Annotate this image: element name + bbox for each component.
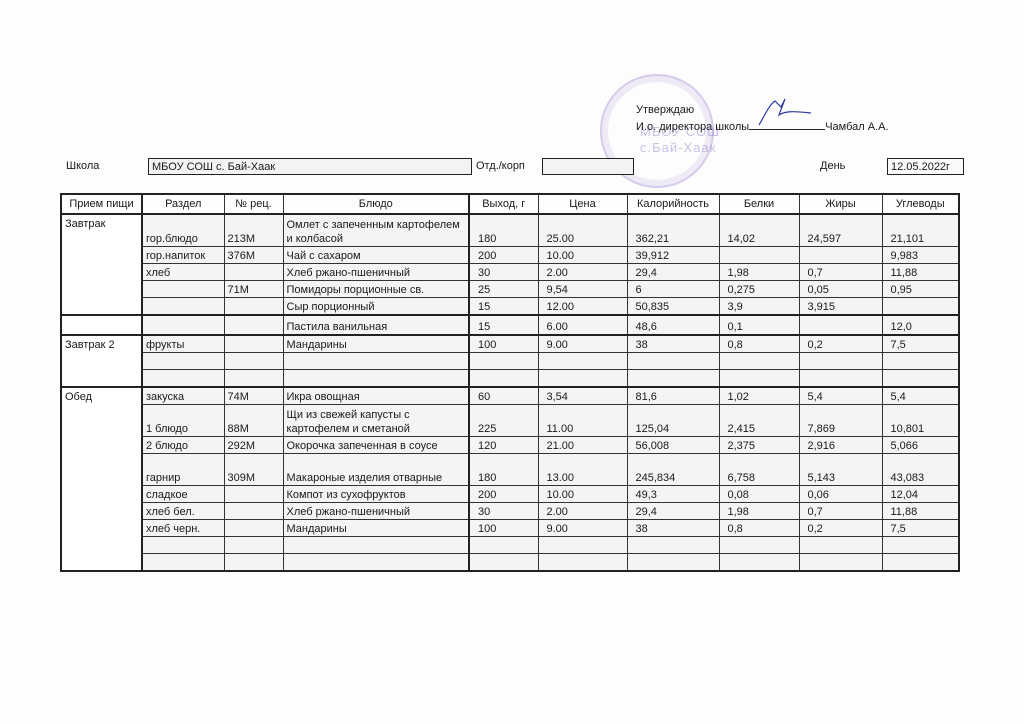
cell-protein: 6,758 [719,453,799,485]
cell-price [538,352,627,369]
cell-yield: 200 [469,246,538,263]
cell-meal: Обед [61,387,142,571]
cell-protein: 2,415 [719,404,799,436]
cell-dish: Икра овощная [283,387,469,405]
cell-section: хлеб [142,263,224,280]
cell-carbs: 12,04 [882,485,959,502]
cell-price: 3,54 [538,387,627,405]
cell-protein: 0,8 [719,335,799,353]
cell-kcal: 362,21 [627,214,719,246]
column-header-kcal: Калорийность [627,194,719,214]
cell-carbs [882,352,959,369]
cell-recipe [224,315,283,335]
cell-fat: 3,915 [799,297,882,315]
table-row [61,369,959,387]
day-field[interactable]: 12.05.2022г [887,158,964,175]
cell-recipe [224,297,283,315]
cell-yield: 120 [469,436,538,453]
cell-fat: 0,2 [799,519,882,536]
cell-fat [799,553,882,571]
cell-fat: 7,869 [799,404,882,436]
cell-recipe: 213М [224,214,283,246]
cell-fat: 0,05 [799,280,882,297]
cell-price: 2.00 [538,502,627,519]
cell-recipe [224,553,283,571]
table-row: Обедзакуска74МИкра овощная603,5481,61,02… [61,387,959,405]
column-header-meal: Прием пищи [61,194,142,214]
cell-yield: 100 [469,335,538,353]
table-row: 2 блюдо292МОкорочка запеченная в соусе12… [61,436,959,453]
cell-price: 12.00 [538,297,627,315]
cell-kcal [627,536,719,553]
cell-section: гор.блюдо [142,214,224,246]
cell-protein: 0,8 [719,519,799,536]
cell-kcal: 50,835 [627,297,719,315]
table-body: Завтракгор.блюдо213МОмлет с запеченным к… [61,214,959,571]
cell-recipe: 376М [224,246,283,263]
cell-fat: 5,143 [799,453,882,485]
cell-carbs: 7,5 [882,519,959,536]
cell-yield [469,369,538,387]
cell-dish: Пастила ванильная [283,315,469,335]
cell-protein: 0,1 [719,315,799,335]
cell-kcal: 49,3 [627,485,719,502]
cell-yield: 100 [469,519,538,536]
cell-price [538,369,627,387]
column-header-price: Цена [538,194,627,214]
cell-kcal: 39,912 [627,246,719,263]
column-header-carbs: Углеводы [882,194,959,214]
cell-fat [799,352,882,369]
cell-dish: Окорочка запеченная в соусе [283,436,469,453]
column-header-recipe: № рец. [224,194,283,214]
approval-block: Утверждаю И.о. директора школы Чамбал А.… [636,102,889,136]
signature-line [749,119,825,130]
cell-price: 21.00 [538,436,627,453]
cell-recipe [224,369,283,387]
cell-recipe [224,352,283,369]
cell-kcal: 56,008 [627,436,719,453]
table-row: 1 блюдо88МЩи из свежей капусты с картофе… [61,404,959,436]
cell-protein: 0,08 [719,485,799,502]
table-row: хлебХлеб ржано-пшеничный302.0029,41,980,… [61,263,959,280]
cell-kcal: 29,4 [627,502,719,519]
cell-dish [283,536,469,553]
cell-section [142,297,224,315]
cell-kcal: 48,6 [627,315,719,335]
cell-meal: Завтрак [61,214,142,315]
cell-recipe: 71М [224,280,283,297]
table-row: гарнир309ММакароные изделия отварные1801… [61,453,959,485]
day-label: День [820,160,845,172]
cell-carbs: 43,083 [882,453,959,485]
cell-kcal: 125,04 [627,404,719,436]
cell-kcal: 6 [627,280,719,297]
cell-yield: 25 [469,280,538,297]
cell-protein: 1,98 [719,502,799,519]
cell-protein: 1,98 [719,263,799,280]
cell-dish [283,553,469,571]
cell-fat [799,369,882,387]
cell-price: 10.00 [538,485,627,502]
cell-fat: 0,06 [799,485,882,502]
cell-section: гарнир [142,453,224,485]
cell-meal: Завтрак 2 [61,335,142,387]
cell-recipe [224,536,283,553]
cell-recipe [224,485,283,502]
cell-price: 9,54 [538,280,627,297]
cell-section: 2 блюдо [142,436,224,453]
cell-yield: 225 [469,404,538,436]
table-row: гор.напиток376МЧай с сахаром20010.0039,9… [61,246,959,263]
cell-protein: 1,02 [719,387,799,405]
table-row: Завтрак 2фруктыМандарины1009.00380,80,27… [61,335,959,353]
cell-fat [799,536,882,553]
cell-dish: Помидоры порционные св. [283,280,469,297]
cell-yield: 200 [469,485,538,502]
table-row: хлеб черн.Мандарины1009.00380,80,27,5 [61,519,959,536]
table-header-row: Прием пищиРаздел№ рец.БлюдоВыход, гЦенаК… [61,194,959,214]
cell-section [142,280,224,297]
table-row: сладкоеКомпот из сухофруктов20010.0049,3… [61,485,959,502]
cell-carbs: 7,5 [882,335,959,353]
cell-dish: Щи из свежей капусты с картофелем и смет… [283,404,469,436]
cell-fat: 24,597 [799,214,882,246]
signature-icon [755,97,815,127]
cell-section [142,553,224,571]
cell-fat: 0,2 [799,335,882,353]
cell-fat: 5,4 [799,387,882,405]
cell-yield [469,352,538,369]
cell-yield: 180 [469,214,538,246]
cell-protein [719,536,799,553]
cell-carbs: 21,101 [882,214,959,246]
cell-protein: 14,02 [719,214,799,246]
cell-fat: 0,7 [799,502,882,519]
cell-meal [61,315,142,335]
cell-kcal: 81,6 [627,387,719,405]
cell-carbs [882,536,959,553]
cell-carbs [882,297,959,315]
position-label: И.о. директора школы [636,121,749,133]
cell-price: 2.00 [538,263,627,280]
stamp-line-2: с.Бай-Хаак [640,140,720,156]
cell-section [142,536,224,553]
cell-recipe: 88М [224,404,283,436]
cell-protein [719,246,799,263]
cell-dish: Мандарины [283,335,469,353]
cell-kcal: 38 [627,335,719,353]
cell-price: 9.00 [538,519,627,536]
cell-section: хлеб черн. [142,519,224,536]
cell-dish [283,369,469,387]
dept-label: Отд./корп [476,160,525,172]
cell-fat: 0,7 [799,263,882,280]
table-row [61,352,959,369]
cell-price: 6.00 [538,315,627,335]
cell-recipe [224,519,283,536]
cell-fat: 2,916 [799,436,882,453]
cell-price: 25.00 [538,214,627,246]
column-header-fat: Жиры [799,194,882,214]
cell-dish: Сыр порционный [283,297,469,315]
cell-protein [719,553,799,571]
cell-section [142,369,224,387]
cell-recipe: 292М [224,436,283,453]
cell-dish: Чай с сахаром [283,246,469,263]
cell-dish: Хлеб ржано-пшеничный [283,263,469,280]
cell-carbs: 0,95 [882,280,959,297]
table-row [61,553,959,571]
cell-price [538,553,627,571]
cell-dish: Омлет с запеченным картофелем и колбасой [283,214,469,246]
cell-yield: 60 [469,387,538,405]
cell-carbs: 5,066 [882,436,959,453]
table-row: хлеб бел.Хлеб ржано-пшеничный302.0029,41… [61,502,959,519]
cell-fat [799,246,882,263]
table-row: Сыр порционный1512.0050,8353,93,915 [61,297,959,315]
cell-kcal: 245,834 [627,453,719,485]
cell-yield: 30 [469,263,538,280]
cell-kcal [627,553,719,571]
table-row: Пастила ванильная156.0048,60,112,0 [61,315,959,335]
cell-dish: Хлеб ржано-пшеничный [283,502,469,519]
cell-yield: 15 [469,315,538,335]
cell-section: фрукты [142,335,224,353]
cell-price: 11.00 [538,404,627,436]
cell-price: 13.00 [538,453,627,485]
cell-kcal: 38 [627,519,719,536]
cell-kcal [627,369,719,387]
cell-recipe [224,263,283,280]
cell-yield [469,553,538,571]
table-row: Завтракгор.блюдо213МОмлет с запеченным к… [61,214,959,246]
cell-dish: Макароные изделия отварные [283,453,469,485]
menu-table: Прием пищиРаздел№ рец.БлюдоВыход, гЦенаК… [60,193,960,572]
cell-kcal [627,352,719,369]
cell-section: закуска [142,387,224,405]
cell-protein: 0,275 [719,280,799,297]
cell-carbs: 10,801 [882,404,959,436]
cell-carbs: 5,4 [882,387,959,405]
cell-dish: Компот из сухофруктов [283,485,469,502]
cell-protein [719,369,799,387]
cell-protein [719,352,799,369]
cell-carbs: 11,88 [882,263,959,280]
cell-protein: 2,375 [719,436,799,453]
cell-yield: 30 [469,502,538,519]
cell-section [142,352,224,369]
cell-yield: 15 [469,297,538,315]
cell-section: сладкое [142,485,224,502]
cell-carbs: 11,88 [882,502,959,519]
cell-section [142,315,224,335]
column-header-protein: Белки [719,194,799,214]
cell-carbs: 9,983 [882,246,959,263]
cell-recipe [224,502,283,519]
cell-price: 9.00 [538,335,627,353]
cell-carbs [882,369,959,387]
cell-price: 10.00 [538,246,627,263]
school-label: Школа [66,160,99,172]
cell-recipe [224,335,283,353]
column-header-dish: Блюдо [283,194,469,214]
cell-carbs: 12,0 [882,315,959,335]
cell-yield: 180 [469,453,538,485]
cell-recipe: 74М [224,387,283,405]
cell-price [538,536,627,553]
cell-fat [799,315,882,335]
signer-name: Чамбал А.А. [825,121,888,133]
dept-field[interactable] [542,158,634,175]
column-header-section: Раздел [142,194,224,214]
column-header-yield: Выход, г [469,194,538,214]
table-row [61,536,959,553]
cell-section: 1 блюдо [142,404,224,436]
table-row: 71МПомидоры порционные св.259,5460,2750,… [61,280,959,297]
cell-yield [469,536,538,553]
cell-section: гор.напиток [142,246,224,263]
cell-dish: Мандарины [283,519,469,536]
cell-carbs [882,553,959,571]
cell-recipe: 309М [224,453,283,485]
cell-section: хлеб бел. [142,502,224,519]
school-field[interactable]: МБОУ СОШ с. Бай-Хаак [148,158,472,175]
cell-protein: 3,9 [719,297,799,315]
cell-kcal: 29,4 [627,263,719,280]
cell-dish [283,352,469,369]
